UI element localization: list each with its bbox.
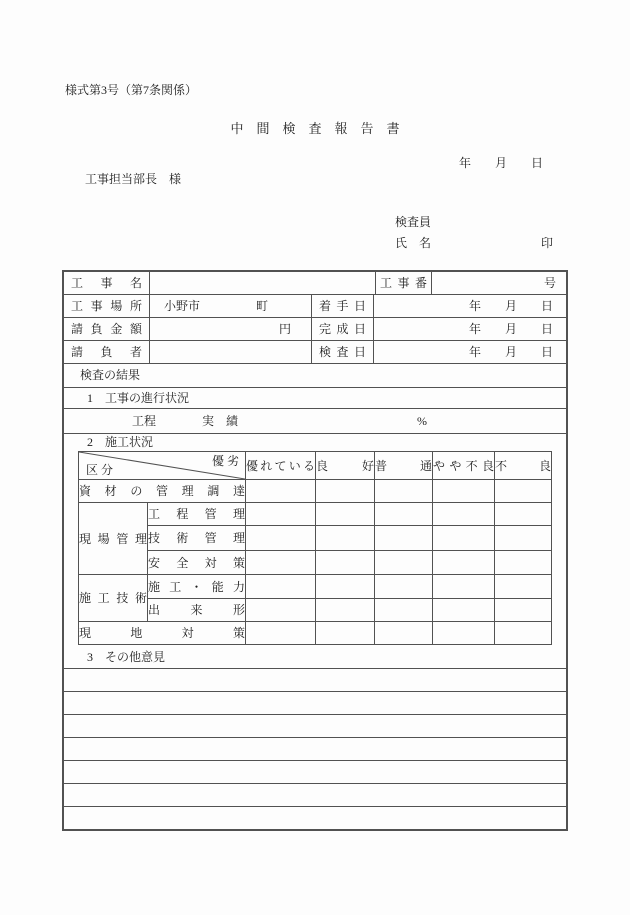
location-field[interactable]: 小野市 町: [150, 295, 312, 317]
category-materials: 資 材 の 管 理 調 達: [79, 480, 246, 503]
location-label: 工 事 場 所: [64, 295, 150, 317]
evaluation-table: 優 劣 区 分 優れている 良 好 普 通 やや不良 不 良 資 材 の 管 理…: [78, 451, 552, 645]
grade-cell[interactable]: [375, 480, 433, 503]
percent-sign: %: [417, 409, 427, 434]
project-name-row: 工 事 名 工事番号 号: [64, 272, 566, 295]
project-number-field[interactable]: 号: [432, 272, 566, 294]
grade-cell[interactable]: [316, 503, 375, 526]
report-date-line: 年 月 日: [459, 157, 543, 169]
addressee: 工事担当部長 様: [85, 173, 181, 185]
grade-cell[interactable]: [375, 599, 433, 622]
result-header-row: 検査の結果: [64, 364, 566, 388]
completion-date-label: 完 成 日: [312, 318, 374, 340]
subcategory-construction-ability: 施 工 ・ 能 力: [148, 575, 246, 599]
grade-header-excellent: 優れている: [246, 452, 316, 480]
location-town-suffix: 町: [256, 295, 268, 317]
page-title: 中 間 検 査 報 告 書: [0, 122, 630, 135]
section3-title: 3 その他意見: [64, 645, 566, 669]
subcategory-technical-management: 技 術 管 理: [148, 526, 246, 551]
grade-cell[interactable]: [375, 503, 433, 526]
comment-row[interactable]: [64, 738, 566, 761]
grade-header-somewhat-poor: やや不良: [433, 452, 495, 480]
grade-cell[interactable]: [495, 575, 552, 599]
inspector-label: 検査員: [395, 216, 431, 228]
subcategory-schedule-management: 工 程 管 理: [148, 503, 246, 526]
grade-cell[interactable]: [375, 575, 433, 599]
start-date-placeholder: 年 月 日: [469, 299, 553, 313]
comment-row[interactable]: [64, 669, 566, 692]
grade-cell[interactable]: [433, 622, 495, 645]
inspection-date-label: 検 査 日: [312, 341, 374, 363]
grade-cell[interactable]: [495, 622, 552, 645]
grade-header-good: 良 好: [316, 452, 375, 480]
completion-date-field[interactable]: 年 月 日: [374, 318, 566, 340]
amount-field[interactable]: 円: [150, 318, 312, 340]
subcategory-workmanship: 出 来 形: [148, 599, 246, 622]
grade-cell[interactable]: [316, 551, 375, 575]
section2-title: 2 施工状況: [64, 434, 566, 451]
grade-cell[interactable]: [375, 622, 433, 645]
category-local-measures: 現 地 対 策: [79, 622, 246, 645]
grade-cell[interactable]: [316, 526, 375, 551]
comment-row[interactable]: [64, 807, 566, 829]
form-number: 様式第3号（第7条関係）: [65, 84, 197, 96]
grade-cell[interactable]: [433, 575, 495, 599]
report-table: 工 事 名 工事番号 号 工 事 場 所 小野市 町 着 手 日 年 月 日 請…: [62, 270, 568, 831]
grade-cell[interactable]: [495, 503, 552, 526]
corner-superiority-label: 優 劣: [212, 455, 239, 467]
name-label: 氏 名: [395, 237, 431, 249]
grade-cell[interactable]: [433, 503, 495, 526]
grade-cell[interactable]: [316, 599, 375, 622]
corner-cell: 優 劣 区 分: [79, 452, 246, 480]
comment-row[interactable]: [64, 761, 566, 784]
grade-cell[interactable]: [433, 480, 495, 503]
result-header: 検査の結果: [80, 364, 140, 387]
location-row: 工 事 場 所 小野市 町 着 手 日 年 月 日: [64, 295, 566, 318]
amount-unit: 円: [279, 322, 291, 336]
start-date-label: 着 手 日: [312, 295, 374, 317]
amount-label: 請 負 金 額: [64, 318, 150, 340]
comment-row[interactable]: [64, 692, 566, 715]
actual-label: 実 績: [202, 409, 238, 434]
contractor-row: 請 負 者 検 査 日 年 月 日: [64, 341, 566, 364]
grade-header-poor: 不 良: [495, 452, 552, 480]
grade-cell[interactable]: [246, 526, 316, 551]
comment-row[interactable]: [64, 715, 566, 738]
subcategory-safety-measures: 安 全 対 策: [148, 551, 246, 575]
inspector-name-line: 氏 名 印: [395, 237, 553, 249]
grade-cell[interactable]: [316, 575, 375, 599]
completion-date-placeholder: 年 月 日: [469, 322, 553, 336]
grade-cell[interactable]: [495, 526, 552, 551]
grade-cell[interactable]: [316, 480, 375, 503]
category-construction-technique: 施 工 技 術: [79, 575, 148, 622]
contractor-label: 請 負 者: [64, 341, 150, 363]
grade-cell[interactable]: [433, 526, 495, 551]
project-name-label: 工 事 名: [64, 272, 150, 294]
grade-cell[interactable]: [246, 622, 316, 645]
contractor-field[interactable]: [150, 341, 312, 363]
start-date-field[interactable]: 年 月 日: [374, 295, 566, 317]
grade-cell[interactable]: [246, 599, 316, 622]
progress-label: 工程: [132, 409, 156, 434]
project-number-label: 工事番号: [376, 272, 432, 294]
grade-cell[interactable]: [433, 599, 495, 622]
amount-row: 請 負 金 額 円 完 成 日 年 月 日: [64, 318, 566, 341]
grade-cell[interactable]: [375, 551, 433, 575]
section2-block: 2 施工状況 優 劣 区 分 優れている 良 好 普: [64, 434, 566, 669]
grade-cell[interactable]: [495, 480, 552, 503]
grade-cell[interactable]: [246, 551, 316, 575]
grade-header-normal: 普 通: [375, 452, 433, 480]
form-page: 様式第3号（第7条関係） 中 間 検 査 報 告 書 年 月 日 工事担当部長 …: [0, 0, 630, 915]
comment-row[interactable]: [64, 784, 566, 807]
section1-title: 1 工事の進行状況: [87, 388, 189, 408]
progress-row[interactable]: 工程 実 績 %: [64, 409, 566, 434]
project-name-field[interactable]: [150, 272, 376, 294]
section1-title-row: 1 工事の進行状況: [64, 388, 566, 409]
grade-cell[interactable]: [246, 480, 316, 503]
project-number-suffix: 号: [544, 276, 556, 290]
corner-category-label: 区 分: [86, 464, 113, 476]
seal-label: 印: [541, 237, 553, 249]
category-site-management: 現 場 管 理: [79, 503, 148, 575]
grade-cell[interactable]: [316, 622, 375, 645]
inspection-date-field[interactable]: 年 月 日: [374, 341, 566, 363]
grade-cell[interactable]: [495, 551, 552, 575]
grade-cell[interactable]: [495, 599, 552, 622]
grade-cell[interactable]: [246, 503, 316, 526]
location-city: 小野市: [164, 295, 200, 317]
grade-cell[interactable]: [246, 575, 316, 599]
inspection-date-placeholder: 年 月 日: [469, 345, 553, 359]
grade-cell[interactable]: [375, 526, 433, 551]
grade-cell[interactable]: [433, 551, 495, 575]
